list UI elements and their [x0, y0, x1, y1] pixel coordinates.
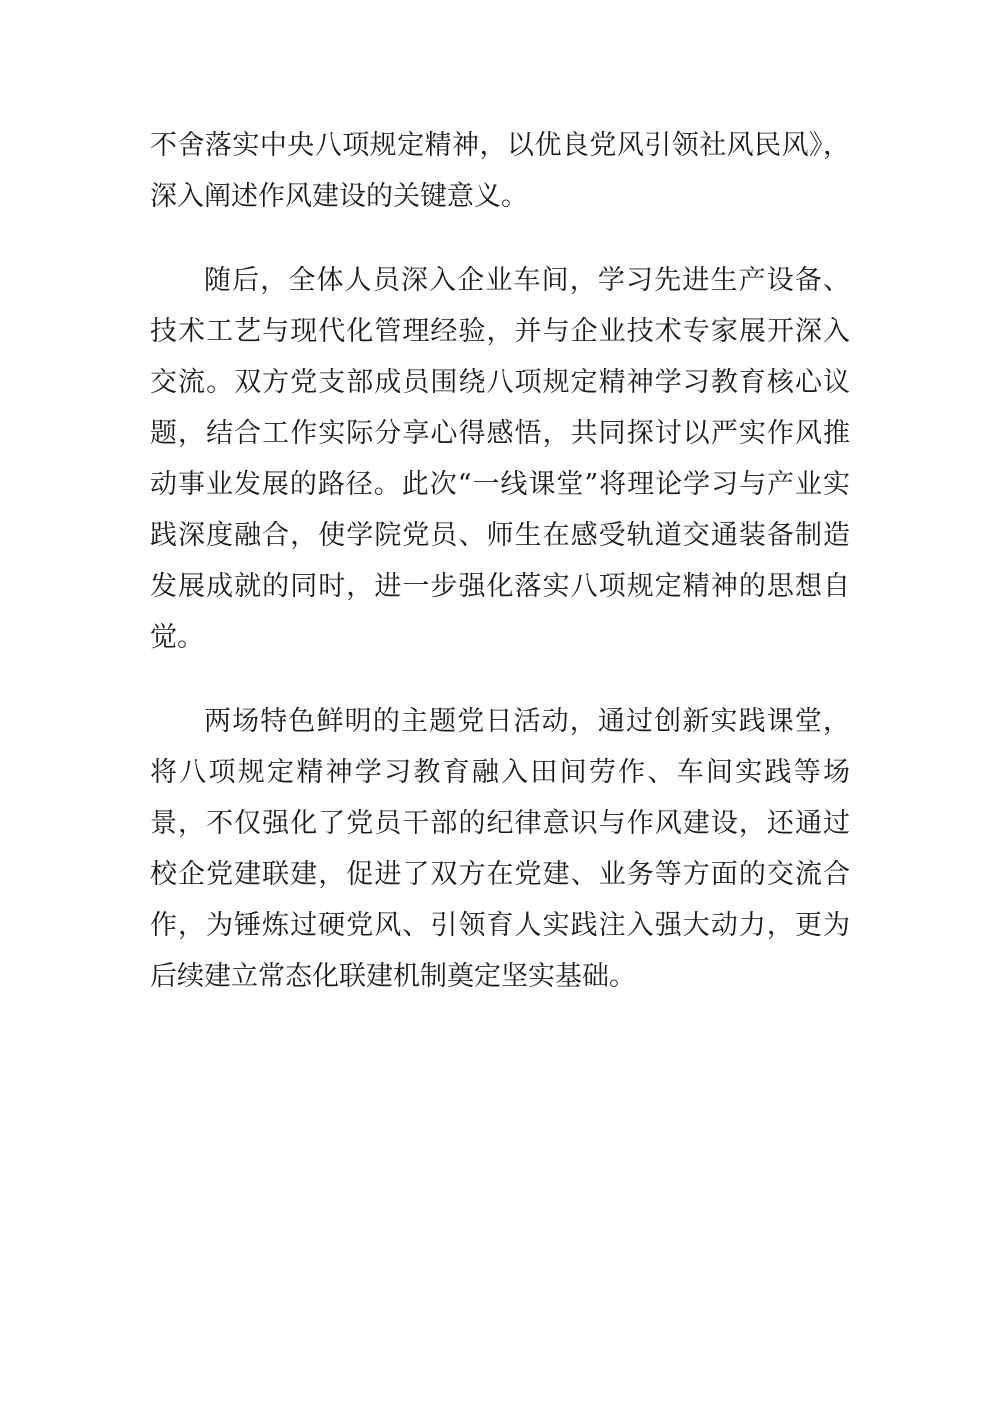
- body-paragraph: 随后，全体人员深入企业车间，学习先进生产设备、技术工艺与现代化管理经验，并与企业…: [150, 255, 850, 663]
- document-page: 不舍落实中央八项规定精神，以优良党风引领社风民风》，深入阐述作风建设的关键意义。…: [0, 0, 1000, 1414]
- body-paragraph: 两场特色鲜明的主题党日活动，通过创新实践课堂，将八项规定精神学习教育融入田间劳作…: [150, 696, 850, 1002]
- document-body: 不舍落实中央八项规定精神，以优良党风引领社风民风》，深入阐述作风建设的关键意义。…: [150, 120, 850, 1002]
- body-paragraph-continuation: 不舍落实中央八项规定精神，以优良党风引领社风民风》，深入阐述作风建设的关键意义。: [150, 120, 850, 222]
